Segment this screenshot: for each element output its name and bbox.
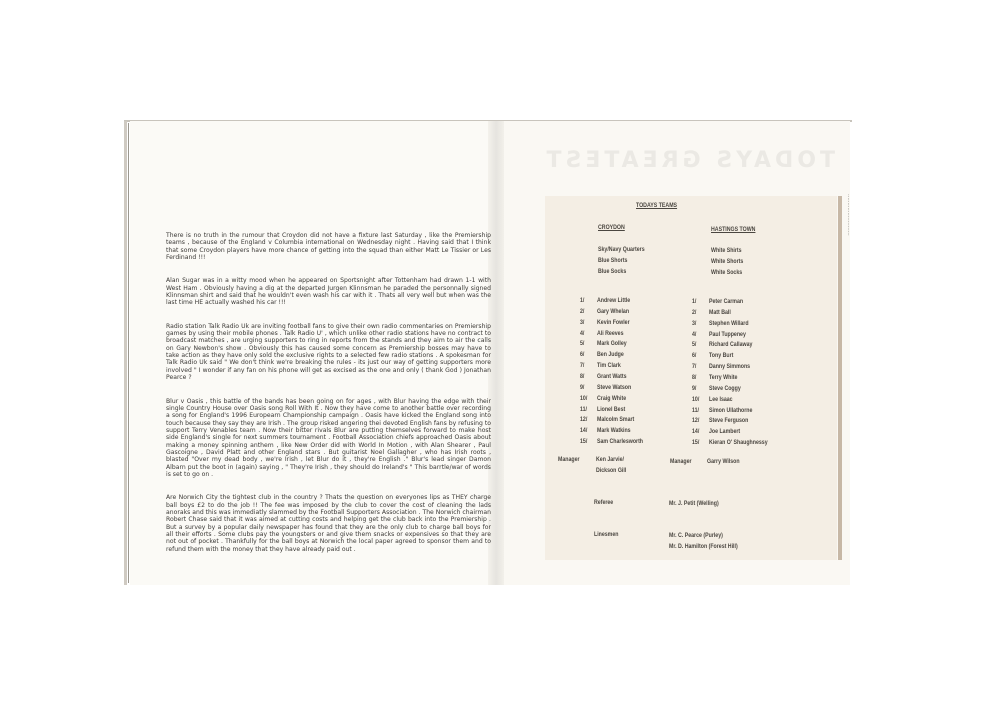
cover-edge-line: [128, 123, 129, 583]
bleed-through-heading: TODAYS GREATEST: [505, 148, 835, 174]
away-player-number: 15/: [692, 439, 699, 446]
away-player-name: Tony Burt: [709, 352, 733, 359]
home-player-number: 7/: [580, 362, 584, 369]
away-player-number: 1/: [692, 298, 696, 305]
home-player-number: 10/: [580, 395, 587, 402]
home-player-name: Lionel Best: [597, 406, 625, 413]
away-kit-socks: White Socks: [711, 269, 742, 276]
away-player-number: 2/: [692, 309, 696, 316]
away-kit-shirt: White Shirts: [711, 247, 742, 254]
insert-edge: [838, 196, 842, 560]
linesman-2: Mr. D. Hamilton (Forest Hill): [669, 543, 738, 550]
home-player-name: Steve Watson: [597, 384, 631, 391]
away-player-number: 9/: [692, 385, 696, 392]
side-strip: ·························: [843, 196, 849, 346]
home-player-name: Grant Watts: [597, 373, 627, 380]
away-player-name: Steve Ferguson: [709, 417, 748, 424]
home-player-name: Craig White: [597, 395, 626, 402]
away-kit-shorts: White Shorts: [711, 258, 743, 265]
home-player-number: 3/: [580, 319, 584, 326]
away-team-name: HASTINGS TOWN: [711, 226, 755, 233]
news-paragraph: Radio station Talk Radio Uk are inviting…: [166, 323, 491, 382]
news-paragraph: Are Norwich City the tightest club in th…: [166, 494, 491, 553]
home-player-number: 6/: [580, 351, 584, 358]
home-player-number: 14/: [580, 427, 587, 434]
away-player-number: 7/: [692, 363, 696, 370]
home-player-number: 11/: [580, 406, 587, 413]
home-player-name: Gary Whelan: [597, 308, 629, 315]
home-player-name: Sam Charlesworth: [597, 438, 643, 445]
home-player-name: Kevin Fowler: [597, 319, 630, 326]
home-manager-label: Manager: [558, 456, 580, 463]
away-manager: Garry Wilson: [707, 458, 740, 465]
linesmen-label: Linesmen: [594, 531, 618, 538]
home-player-number: 5/: [580, 340, 584, 347]
home-player-number: 8/: [580, 373, 584, 380]
news-paragraph: Alan Sugar was in a witty mood when he a…: [166, 277, 491, 306]
away-player-number: 4/: [692, 331, 696, 338]
news-column: There is no truth in the rumour that Cro…: [166, 232, 491, 569]
home-player-name: Ben Judge: [597, 351, 624, 358]
home-team-name: CROYDON: [598, 224, 625, 231]
referee-label: Referee: [594, 499, 613, 506]
away-player-number: 6/: [692, 352, 696, 359]
home-player-name: Tim Clark: [597, 362, 621, 369]
home-player-name: Ali Reeves: [597, 330, 624, 337]
home-player-number: 2/: [580, 308, 584, 315]
away-player-name: Danny Simmons: [709, 363, 750, 370]
home-player-number: 12/: [580, 416, 587, 423]
news-paragraph: Blur v Oasis , this battle of the bands …: [166, 398, 491, 479]
home-player-name: Mark Watkins: [597, 427, 631, 434]
away-player-name: Terry White: [709, 374, 737, 381]
home-player-number: 4/: [580, 330, 584, 337]
away-player-name: Simon Ullathorne: [709, 407, 752, 414]
away-player-name: Stephen Willard: [709, 320, 749, 327]
home-player-number: 9/: [580, 384, 584, 391]
away-player-name: Lee Isaac: [709, 396, 733, 403]
away-manager-label: Manager: [670, 458, 692, 465]
home-player-name: Mark Golley: [597, 340, 627, 347]
side-strip-text: ·························: [845, 194, 851, 324]
away-player-number: 14/: [692, 428, 699, 435]
home-player-name: Malcolm Smart: [597, 416, 634, 423]
home-player-name: Andrew Little: [597, 297, 630, 304]
cover-edge: [124, 121, 127, 585]
away-player-number: 5/: [692, 341, 696, 348]
away-player-number: 8/: [692, 374, 696, 381]
referee: Mr. J. Petit (Welling): [669, 500, 719, 507]
home-manager-line2: Dickson Gill: [596, 467, 626, 474]
away-player-number: 10/: [692, 396, 699, 403]
away-player-number: 11/: [692, 407, 699, 414]
away-player-name: Paul Tuppeney: [709, 331, 746, 338]
home-manager-line1: Ken Jarvie/: [596, 456, 624, 463]
home-kit-socks: Blue Socks: [598, 268, 626, 275]
away-player-number: 12/: [692, 417, 699, 424]
away-player-name: Kieran O' Shaughnessy: [709, 439, 768, 446]
away-player-name: Richard Callaway: [709, 341, 752, 348]
away-player-name: Joe Lambert: [709, 428, 740, 435]
news-paragraph: There is no truth in the rumour that Cro…: [166, 232, 491, 261]
linesman-1: Mr. C. Pearce (Purley): [669, 532, 723, 539]
away-player-name: Peter Carman: [709, 298, 743, 305]
away-player-name: Steve Coggy: [709, 385, 741, 392]
team-sheet-title: TODAYS TEAMS: [636, 202, 677, 209]
home-kit-shirt: Sky/Navy Quarters: [598, 246, 645, 253]
away-player-name: Matt Ball: [709, 309, 731, 316]
away-player-number: 3/: [692, 320, 696, 327]
home-player-number: 1/: [580, 297, 584, 304]
home-kit-shorts: Blue Shorts: [598, 257, 627, 264]
home-player-number: 15/: [580, 438, 587, 445]
